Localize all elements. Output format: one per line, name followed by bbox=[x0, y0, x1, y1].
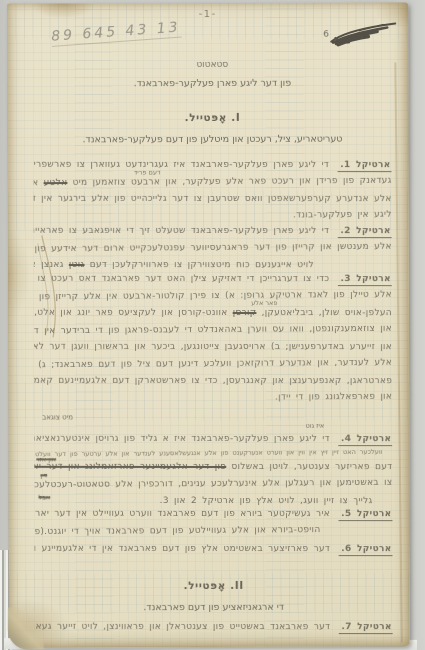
handwritten-line: אלע טיילן פון לאנד ארטיקע גרופן: א) צו פ… bbox=[34, 287, 392, 306]
handwritten-line: ארטיקל 7. דער פארבאנד באשטייט פון צענטרא… bbox=[35, 619, 393, 636]
article-6: ארטיקל 6. דער פארזיצער באשטימט אלץ פון ד… bbox=[35, 541, 393, 559]
manuscript-page: -1- 89 645 43 13 6 סטאטוט פון דער ליגע פ… bbox=[7, 2, 410, 647]
document-title: פון דער ליגע פארן פעלקער-פארבאנד. bbox=[33, 76, 391, 93]
line-text: געדאנק פון פרידן און רעכט פאר אלע פעלקער… bbox=[73, 176, 392, 188]
handwritten-line: צו באשטימען און רעגלען אלע אינערלעכע עני… bbox=[34, 475, 392, 494]
handwritten-line: און צוזאמענקונפטן, וואו עס ווערן באהאנדל… bbox=[34, 321, 392, 340]
article-6-label: ארטיקל 6. bbox=[338, 544, 392, 556]
handwritten-line: און פארפאלגונג פון די יידן. bbox=[34, 389, 392, 408]
margin-note: איז גוט bbox=[305, 422, 324, 430]
handwritten-line: ארטיקל 4. די ליגע פארן פעלקער-פארבאנד אי… bbox=[34, 431, 392, 448]
article-3-label: ארטיקל 3. bbox=[338, 274, 392, 286]
interlinear-insert: פאר אלע bbox=[251, 299, 277, 307]
line-text: די ליגע פארן פעלקער-פארבאנד איז א גליד פ… bbox=[33, 434, 330, 444]
section-2-heading: II. אָפּטייל. bbox=[35, 578, 393, 595]
article-5-label: ארטיקל 5. bbox=[338, 509, 392, 521]
handwritten-line: און זייערע באדערפענישן; ב) ארויסגעבן ציי… bbox=[34, 339, 392, 356]
handwritten-line: ארטיקל 3. כדי צו דערגרייכן די דאזיקע ציל… bbox=[34, 271, 392, 288]
margin-note: מיט צוגאב bbox=[42, 413, 73, 421]
handwritten-line: אלע לענדער, און אנדערע דרוקזאכן וועלכע ד… bbox=[34, 355, 392, 374]
scanned-document-canvas: -1- 89 645 43 13 6 סטאטוט פון דער ליגע פ… bbox=[0, 0, 425, 650]
line-text: העלפן-אויס שולן, ביבליאטעקן, bbox=[262, 308, 392, 318]
handwritten-line: פארטראגן, קאנפערענצן און קאנגרעסן, כדי צ… bbox=[34, 373, 392, 390]
line-text: דער פארזיצער באשטימט אלץ פון דעם פארבאנד… bbox=[33, 544, 330, 554]
line-text: כדי צו דערגרייכן די דאזיקע צילן האט דער … bbox=[33, 274, 329, 284]
article-7: ארטיקל 7. דער פארבאנד באשטייט פון צענטרא… bbox=[35, 619, 393, 637]
line-text: לויט אייגענעם כוח מיטצווירקן צו פארווירק… bbox=[90, 260, 314, 270]
handwritten-line: געדאנק פון פרידן און רעכט פאר אלע פעלקער… bbox=[34, 173, 392, 192]
section-1-heading: I. אָפּטייל. bbox=[33, 110, 391, 127]
struck-word: קורסן bbox=[233, 308, 257, 318]
article-3: ארטיקל 3. כדי צו דערגרייכן די דאזיקע ציל… bbox=[34, 271, 392, 408]
handwritten-line: ארטיקל 6. דער פארזיצער באשטימט אלץ פון ד… bbox=[35, 541, 393, 558]
struck-word: גוטן bbox=[69, 260, 85, 270]
article-1: ארטיקל 1. די ליגע פארן פעלקער-פארבאנד אי… bbox=[34, 157, 392, 226]
article-7-label: ארטיקל 7. bbox=[338, 622, 392, 634]
line-text: דער פארבאנד באשטייט פון צענטראלן און פרא… bbox=[33, 622, 330, 632]
article-2-label: ארטיקל 2. bbox=[337, 226, 391, 238]
line-text: אינסטיטוציעס און קרייזן, bbox=[33, 178, 38, 189]
line-text: גאנצן ציל. bbox=[33, 260, 64, 270]
article-4-label: ארטיקל 4. bbox=[338, 434, 392, 446]
title-kicker: סטאטוט bbox=[33, 60, 391, 71]
line-text: איר געשיקטער ביורא פון דעם פארבאנד ווערט… bbox=[33, 509, 330, 519]
section-2-subheading: די ארגאניזאציע פון דעם פארבאנד. bbox=[35, 600, 393, 617]
line-text: אוונט-קורסן און לעקציעס פאר יונג און אלט… bbox=[33, 308, 227, 318]
margin-note-struck: אבל bbox=[38, 493, 50, 501]
article-5: ארטיקל 5. איר געשיקטער ביורא פון דעם פאר… bbox=[34, 506, 392, 541]
struck-passage: פון דער אלגעמיינער פארזאמלונג און דער יא… bbox=[33, 462, 226, 472]
struck-word: אלטע bbox=[44, 178, 68, 188]
article-2: ארטיקל 2. די ליגע פארן פעלקער-פארבאנד שט… bbox=[34, 223, 392, 275]
article-4: ארטיקל 4. די ליגע פארן פעלקער-פארבאנד אי… bbox=[34, 431, 392, 511]
handwritten-line: ארטיקל 1. די ליגע פארן פעלקער-פארבאנד אי… bbox=[34, 157, 392, 174]
handwritten-line: העלפן-אויס שולן, ביבליאטעקן, קורסן פאר א… bbox=[34, 305, 392, 322]
interlinear-insert: דעם פריד bbox=[134, 168, 161, 176]
handwritten-line: ארטיקל 2. די ליגע פארן פעלקער-פארבאנד שט… bbox=[34, 223, 392, 240]
manuscript-text-area: סטאטוט פון דער ליגע פארן פעלקער-פארבאנד.… bbox=[33, 3, 393, 648]
handwritten-line: ארטיקל 5. איר געשיקטער ביורא פון דעם פאר… bbox=[34, 506, 392, 523]
handwritten-line: הויפט-ביורא און אלע געוויילטע פון דעם פא… bbox=[34, 522, 320, 541]
handwritten-line: אלע מענטשן און קרייזן פון דער פראגרעסיוו… bbox=[34, 239, 392, 258]
article-1-label: ארטיקל 1. bbox=[337, 160, 391, 172]
handwritten-line: דעם פאריזער צענטער, לויטן באשלוס פון דער… bbox=[34, 459, 392, 476]
margin-note-struck: דין bbox=[40, 471, 47, 479]
section-1-subheading: טעריטאריע, ציל, רעכטן און מיטלען פון דעם… bbox=[33, 132, 391, 149]
line-text: דעם פאריזער צענטער, לויטן באשלוס bbox=[231, 462, 392, 472]
line-text: די ליגע פארן פעלקער-פארבאנד שטעלט זיך די… bbox=[33, 226, 329, 236]
line-text: די ליגע פארן פעלקער-פארבאנד איז געגרינדע… bbox=[33, 160, 329, 170]
margin-note-struck: און אזוי bbox=[36, 455, 56, 463]
handwritten-line: אלע אנדערע קערפערשאפטן וואס שטרעבן צו דע… bbox=[34, 191, 392, 208]
